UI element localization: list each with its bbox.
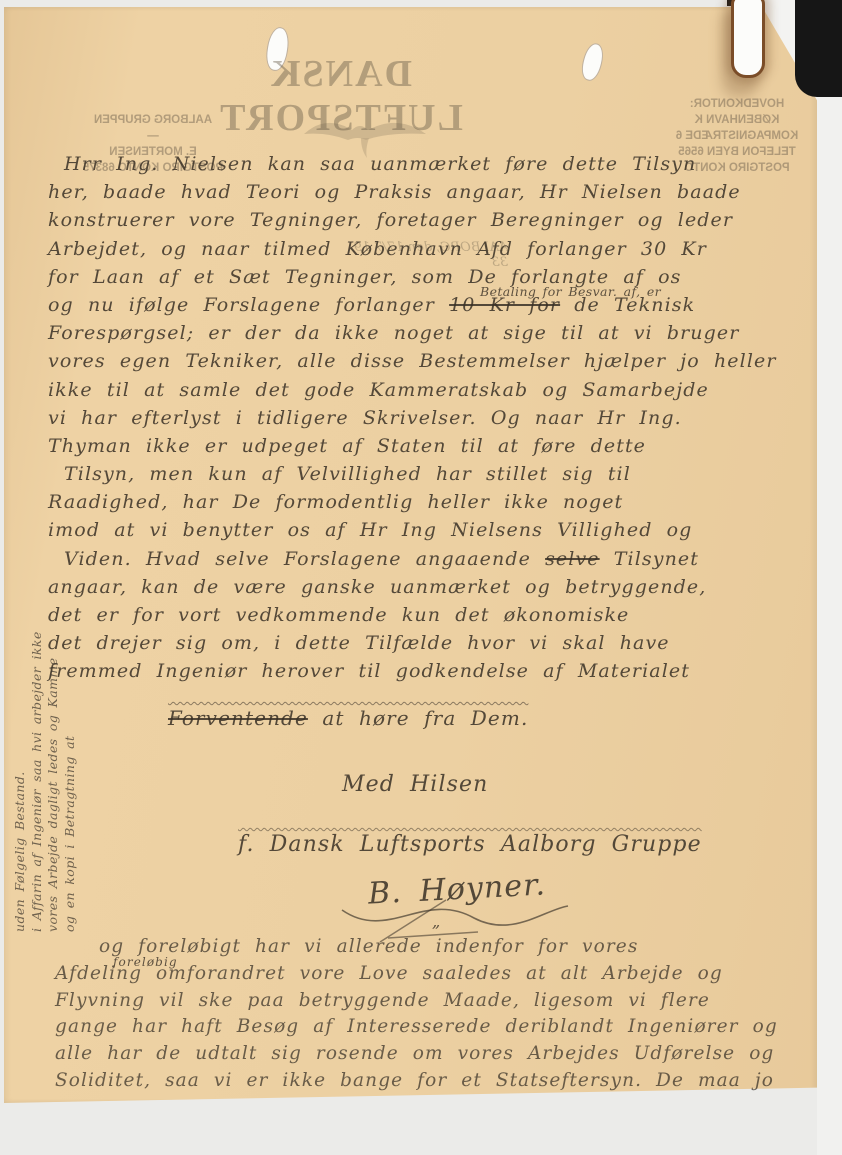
postscript-text: alle har de udtalt sig rosende om vores … [55,1043,774,1064]
postscript-line: Flyvning vil ske paa betryggende Maade, … [55,988,825,1015]
postscript-line: Soliditet, saa vi er ikke bange for et S… [55,1068,825,1095]
letter-line: vores egen Tekniker, alle disse Bestemme… [48,347,810,375]
letter-line-text: og nu ifølge Forslagene forlanger [48,294,449,316]
letter-line: Tilsyn, men kun af Velvillighed har stil… [48,460,810,488]
letterhead-line: AALBORG GRUPPEN [78,112,228,128]
closing-line: Forventende at høre fra Dem. [168,706,568,730]
postscript: og foreløbigt har vi allerede indenfor f… [55,934,825,1095]
letter-line-text: vi har efterlyst i tidligere Skrivelser.… [48,407,682,429]
letter-line-text: Tilsynet [600,548,699,570]
closing-text: at høre fra Dem. [308,706,529,730]
letter-line-with-correction: og nu ifølge Forslagene forlanger 10 Kr … [48,291,810,319]
letter-line: her, baade hvad Teori og Praksis angaar,… [48,178,810,206]
letter-line: det er for vort vedkommende kun det økon… [48,601,810,629]
struck-text: Forventende [168,706,308,730]
margin-note-line: uden Følgelig Bestand. [12,552,29,932]
letter-line-text: det er for vort vedkommende kun det økon… [48,604,629,626]
organization-line: f. Dansk Luftsports Aalborg Gruppe [238,832,732,857]
margin-note-line: vores Arbejde dagligt ledes og Kamme [45,552,62,932]
letter-line-text: det drejer sig om, i dette Tilfælde hvor… [48,632,670,654]
letterhead-line: KOMPAGNISTRÆDE 6 [666,128,808,144]
letter-line-text: vores egen Tekniker, alle disse Bestemme… [48,350,777,372]
signature-mark: „ [432,912,441,931]
interline-insertion: foreløbig [113,949,178,976]
letter-line: konstruerer vore Tegninger, foretager Be… [48,206,810,234]
letter-line-text: angaar, kan de være ganske uanmærket og … [48,576,706,598]
struck-text: selve [545,548,600,570]
scanner-corner-object [795,0,842,97]
letter-line-text: imod at vi benytter os af Hr Ing Nielsen… [48,519,692,541]
letter-line: Thyman ikke er udpeget af Staten til at … [48,432,810,460]
letter-line-text: ikke til at samle det gode Kammeratskab … [48,379,709,401]
letter-line: imod at vi benytter os af Hr Ing Nielsen… [48,516,810,544]
letterhead-line: HOVEDKONTOR: [666,96,808,112]
letterhead-line: KØBENHAVN K [666,112,808,128]
scanned-letter-page: DANSK LUFTSPORT AALBORG GRUPPEN — E. MOR… [0,0,842,1155]
interline-insertion: Betaling for Besvar. af, er [480,278,661,306]
letter-line: for Laan af et Sæt Tegninger, som De for… [48,263,810,291]
punch-hole-torn [731,0,765,78]
margin-note-line: i Affarin af Ingeniør saa hvi arbejder i… [29,552,46,932]
letter-line-text: Hrr Ing. Nielsen kan saa uanmærket føre … [64,153,696,175]
postscript-text: Soliditet, saa vi er ikke bange for et S… [55,1070,774,1091]
letter-line: Hrr Ing. Nielsen kan saa uanmærket føre … [48,150,810,178]
letter-line-text: Tilsyn, men kun af Velvillighed har stil… [64,463,631,485]
letter-line: Raadighed, har De formodentlig heller ik… [48,488,810,516]
letter-line-text: Arbejdet, og naar tilmed København Afd f… [48,238,707,260]
postscript-text: gange har haft Besøg af Interesserede de… [55,1016,778,1037]
letter-line: fremmed Ingeniør herover til godkendelse… [48,657,810,685]
letter-line: Forespørgsel; er der da ikke noget at si… [48,319,810,347]
letter-line-text: konstruerer vore Tegninger, foretager Be… [48,209,733,231]
letter-line-text: her, baade hvad Teori og Praksis angaar,… [48,181,741,203]
margin-note-line: og en kopi i Betragtning at [62,552,79,932]
letter-line-text: Raadighed, har De formodentlig heller ik… [48,491,623,513]
letter-line-text: Thyman ikke er udpeget af Staten til at … [48,435,646,457]
postscript-line: alle har de udtalt sig rosende om vores … [55,1041,825,1068]
letter-line: det drejer sig om, i dette Tilfælde hvor… [48,629,810,657]
letter-body: Hrr Ing. Nielsen kan saa uanmærket føre … [48,150,810,686]
salutation: Med Hilsen [342,772,488,797]
margin-note: og en kopi i Betragtning at vores Arbejd… [12,552,78,932]
postscript-text: og foreløbigt har vi allerede indenfor f… [99,936,638,957]
letter-line: ikke til at samle det gode Kammeratskab … [48,376,810,404]
postscript-line: gange har haft Besøg af Interesserede de… [55,1014,825,1041]
letter-line: vi har efterlyst i tidligere Skrivelser.… [48,404,810,432]
letter-line-text: Forespørgsel; er der da ikke noget at si… [48,322,739,344]
letter-line-text: fremmed Ingeniør herover til godkendelse… [48,660,690,682]
letter-line: Arbejdet, og naar tilmed København Afd f… [48,235,810,263]
postscript-text: Flyvning vil ske paa betryggende Maade, … [55,990,710,1011]
letter-line-text: Viden. Hvad selve Forslagene angaaende [64,548,545,570]
postscript-line-with-insertion: Afdeling omforandret vore Love saaledes … [55,961,825,988]
letter-line-with-correction: Viden. Hvad selve Forslagene angaaende s… [48,545,810,573]
letter-line: angaar, kan de være ganske uanmærket og … [48,573,810,601]
letterhead-line: — [78,128,228,144]
